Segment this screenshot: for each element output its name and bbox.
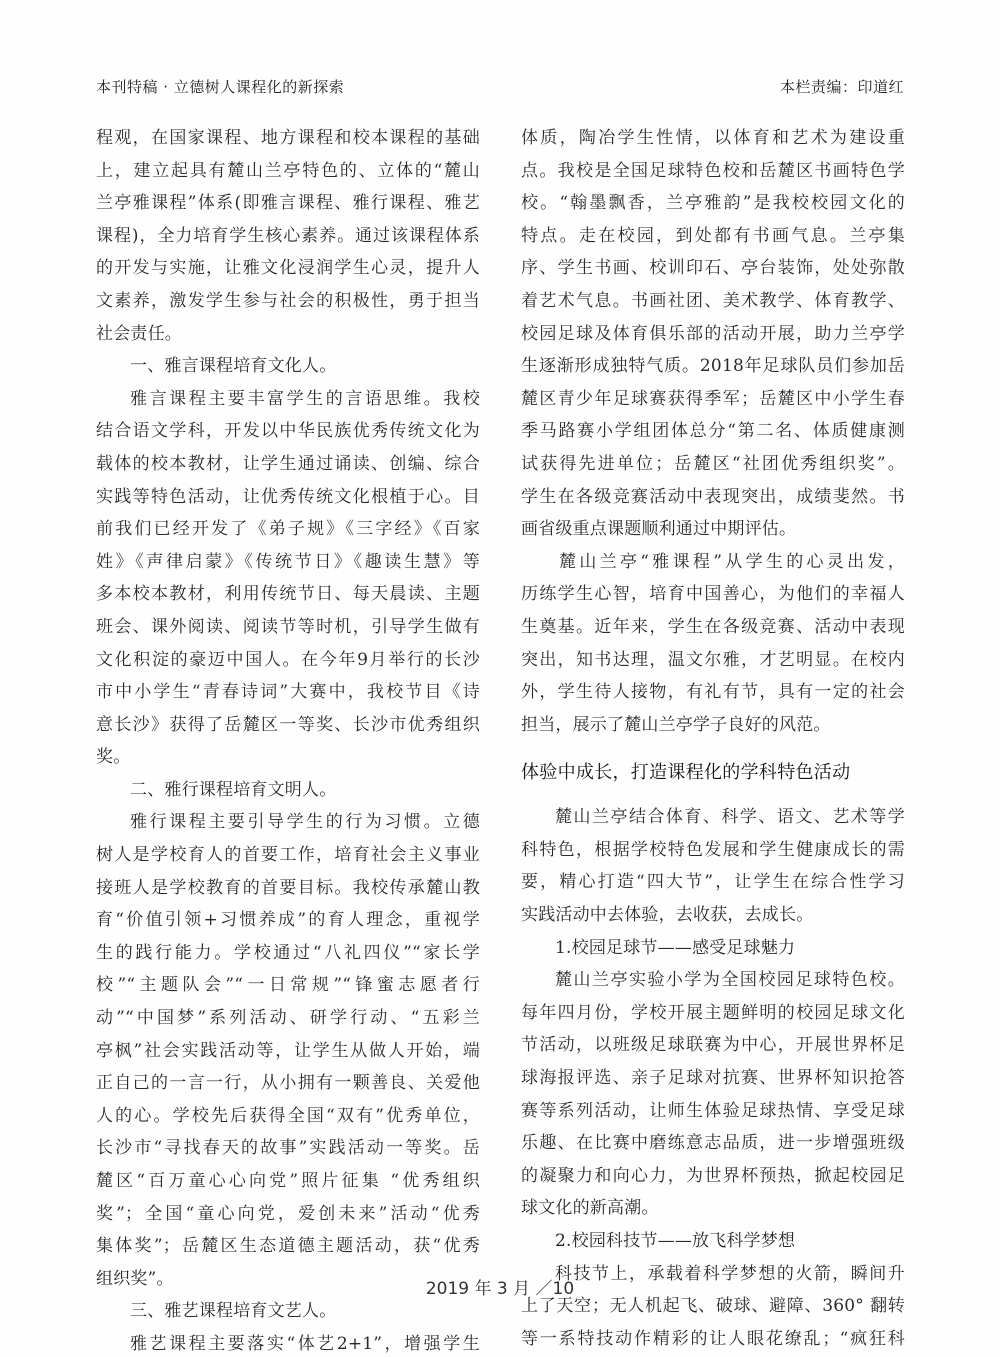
text-line: 长沙市“寻找春天的故事”实践活动一等奖。岳 <box>96 1132 480 1165</box>
section-heading: 体验中成长，打造课程化的学科特色活动 <box>521 751 905 795</box>
text-line: 生奠基。近年来，学生在各级竞赛、活动中表现 <box>521 611 905 644</box>
text-line: 意长沙》获得了岳麓区一等奖、长沙市优秀组织 <box>96 709 480 742</box>
text-line: 的开发与实施，让雅文化浸润学生心灵，提升人 <box>96 252 480 285</box>
text-line: 等一系特技动作精彩的让人眼花缭乱；“疯狂科 <box>521 1323 905 1356</box>
text-line: 动”“中国梦”系列活动、研学行动、“五彩兰 <box>96 1002 480 1035</box>
subheading-yayan: 一、雅言课程培育文化人。 <box>96 350 480 383</box>
page-folio: 2019 年 3 月 ／10 <box>0 1274 1000 1299</box>
subheading-football-festival: 1.校园足球节——感受足球魅力 <box>521 932 905 965</box>
text-line: 点。我校是全国足球特色校和岳麓区书画特色学 <box>521 155 905 188</box>
text-line: 实践活动中去体验，去收获，去成长。 <box>521 899 905 932</box>
text-line: 科特色，根据学校特色发展和学生健康成长的需 <box>521 834 905 867</box>
text-line: 文化积淀的豪迈中国人。在今年9月举行的长沙 <box>96 644 480 677</box>
text-line: 育“价值引领+习惯养成”的育人理念，重视学 <box>96 904 480 937</box>
text-line: 文素养，激发学生参与社会的积极性，勇于担当 <box>96 285 480 318</box>
text-line: 试获得先进单位；岳麓区“社团优秀组织奖”。 <box>521 448 905 481</box>
subheading-yaxing: 二、雅行课程培育文明人。 <box>96 774 480 807</box>
text-line: 树人是学校育人的首要工作，培育社会主义事业 <box>96 839 480 872</box>
text-line: 前我们已经开发了《弟子规》《三字经》《百家 <box>96 513 480 546</box>
text-line: 雅言课程主要丰富学生的言语思维。我校 <box>96 383 480 416</box>
text-line: 校”“主题队会”“一日常规”“锋蜜志愿者行 <box>96 969 480 1002</box>
text-line: 每年四月份，学校开展主题鲜明的校园足球文化 <box>521 997 905 1030</box>
text-line: 生的践行能力。学校通过“八礼四仪”“家长学 <box>96 937 480 970</box>
subheading-yayi: 三、雅艺课程培育文艺人。 <box>96 1295 480 1328</box>
text-line: 序、学生书画、校训印石、亭台装饰，处处弥散 <box>521 252 905 285</box>
text-line: 球海报评选、亲子足球对抗赛、世界杯知识抢答 <box>521 1062 905 1095</box>
text-line: 亭枫”社会实践活动等，让学生从做人开始，端 <box>96 1035 480 1068</box>
text-line: 校园足球及体育俱乐部的活动开展，助力兰亭学 <box>521 318 905 351</box>
right-column: 体质，陶冶学生性情，以体育和艺术为建设重 点。我校是全国足球特色校和岳麓区书画特… <box>521 122 905 1355</box>
text-line: 画省级重点课题顺利通过中期评估。 <box>521 513 905 546</box>
text-line: 要，精心打造“四大节”，让学生在综合性学习 <box>521 866 905 899</box>
text-line: 麓山兰亭“雅课程”从学生的心灵出发， <box>521 546 905 579</box>
text-line: 姓》《声律启蒙》《传统节日》《趣读生慧》等 <box>96 546 480 579</box>
text-line: 雅艺课程主要落实“体艺2+1”，增强学生 <box>96 1328 480 1357</box>
text-line: 结合语文学科，开发以中华民族优秀传统文化为 <box>96 415 480 448</box>
text-line: 乐趣、在比赛中磨练意志品质，进一步增强班级 <box>521 1127 905 1160</box>
running-head-editor: 本栏责编：印道红 <box>780 76 904 97</box>
text-line: 体质，陶冶学生性情，以体育和艺术为建设重 <box>521 122 905 155</box>
subheading-science-festival: 2.校园科技节——放飞科学梦想 <box>521 1225 905 1258</box>
text-line: 麓山兰亭结合体育、科学、语文、艺术等学 <box>521 801 905 834</box>
text-line: 节活动，以班级足球联赛为中心，开展世界杯足 <box>521 1029 905 1062</box>
text-line: 社会责任。 <box>96 318 480 351</box>
text-line: 的凝聚力和向心力，为世界杯预热，掀起校园足 <box>521 1160 905 1193</box>
text-line: 兰亭雅课程”体系(即雅言课程、雅行课程、雅艺 <box>96 187 480 220</box>
text-line: 奖。 <box>96 741 480 774</box>
text-line: 特点。走在校园，到处都有书画气息。兰亭集 <box>521 220 905 253</box>
text-line: 球文化的新高潮。 <box>521 1192 905 1225</box>
running-head-column-title: 本刊特稿 · 立德树人课程化的新探索 <box>96 76 344 97</box>
text-line: 市中小学生“青春诗词”大赛中，我校节目《诗 <box>96 676 480 709</box>
text-line: 多本校本教材，利用传统节日、每天晨读、主题 <box>96 578 480 611</box>
text-line: 麓区青少年足球赛获得季军；岳麓区中小学生春 <box>521 383 905 416</box>
text-line: 课程)，全力培育学生核心素养。通过该课程体系 <box>96 220 480 253</box>
text-line: 生逐渐形成独特气质。2018年足球队员们参加岳 <box>521 350 905 383</box>
text-line: 校。“翰墨飘香，兰亭雅韵”是我校校园文化的 <box>521 187 905 220</box>
text-line: 雅行课程主要引导学生的行为习惯。立德 <box>96 806 480 839</box>
text-line: 赛等系列活动，让师生体验足球热情、享受足球 <box>521 1095 905 1128</box>
text-line: 实践等特色活动，让优秀传统文化根植于心。目 <box>96 481 480 514</box>
text-line: 担当，展示了麓山兰亭学子良好的风范。 <box>521 709 905 742</box>
text-line: 外，学生待人接物，有礼有节，具有一定的社会 <box>521 676 905 709</box>
text-line: 载体的校本教材，让学生通过诵读、创编、综合 <box>96 448 480 481</box>
text-line: 正自己的一言一行，从小拥有一颗善良、关爱他 <box>96 1067 480 1100</box>
text-line: 班会、课外阅读、阅读节等时机，引导学生做有 <box>96 611 480 644</box>
journal-page: 本刊特稿 · 立德树人课程化的新探索 本栏责编：印道红 程观，在国家课程、地方课… <box>0 0 1000 1357</box>
text-line: 程观，在国家课程、地方课程和校本课程的基础 <box>96 122 480 155</box>
text-line: 接班人是学校教育的首要目标。我校传承麓山教 <box>96 872 480 905</box>
text-line: 突出，知书达理，温文尔雅，才艺明显。在校内 <box>521 644 905 677</box>
text-line: 麓山兰亭实验小学为全国校园足球特色校。 <box>521 964 905 997</box>
text-line: 季马路赛小学组团体总分“第二名、体质健康测 <box>521 415 905 448</box>
left-column: 程观，在国家课程、地方课程和校本课程的基础 上，建立起具有麓山兰亭特色的、立体的… <box>96 122 480 1357</box>
text-line: 上，建立起具有麓山兰亭特色的、立体的“麓山 <box>96 155 480 188</box>
text-line: 集体奖”；岳麓区生态道德主题活动，获“优秀 <box>96 1230 480 1263</box>
text-line: 奖”；全国“童心向党，爱创未来”活动“优秀 <box>96 1198 480 1231</box>
text-line: 历练学生心智，培育中国善心，为他们的幸福人 <box>521 578 905 611</box>
text-line: 人的心。学校先后获得全国“双有”优秀单位， <box>96 1100 480 1133</box>
text-line: 麓区“百万童心心向党”照片征集 “优秀组织 <box>96 1165 480 1198</box>
text-line: 学生在各级竞赛活动中表现突出，成绩斐然。书 <box>521 481 905 514</box>
text-line: 着艺术气息。书画社团、美术教学、体育教学、 <box>521 285 905 318</box>
